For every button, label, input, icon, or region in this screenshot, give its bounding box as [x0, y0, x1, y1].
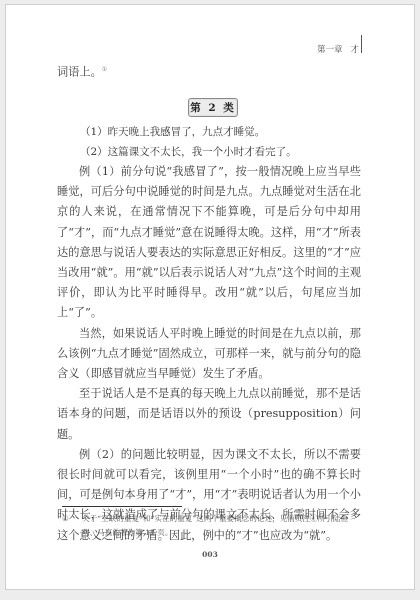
chapter-title: 才 [350, 43, 359, 55]
page-number: 003 [0, 550, 420, 559]
body-text: 例（1）前分句说“我感冒了”，按一般情况晚上应当早些睡觉，可后分句中说睡觉的时间… [57, 162, 361, 546]
paragraph-3: 至于说话人是不是真的每天晚上九点以前睡觉，那不是话语本身的问题，而是话语以外的预… [57, 384, 361, 445]
example-2: （2）这篇课文不太长，我一个小时才看完了。 [80, 144, 297, 159]
chapter-label: 第一章 [317, 43, 343, 55]
example-1: （1）昨天晚上我感冒了，九点才睡觉。 [80, 124, 265, 139]
intro-line: 词语上。① [57, 60, 361, 83]
footnote: ① 关于“空缺的重复”和“实在的重复”这两个重要概念的论述，见前页注①所引陆俭明… [62, 512, 362, 540]
intro-text: 词语上。 [57, 66, 102, 79]
footnote-divider [62, 506, 182, 507]
footnote-mark: ① [62, 512, 69, 526]
paragraph-1: 例（1）前分句说“我感冒了”，按一般情况晚上应当早些睡觉，可后分句中说睡觉的时间… [57, 162, 361, 324]
section-heading: 第 2 类 [188, 98, 238, 117]
header-divider [361, 35, 362, 53]
running-header: 第一章 才 [317, 43, 359, 55]
paragraph-2: 当然，如果说话人平时晚上睡觉的时间是在九点以前，那么该例“九点才睡觉”固然成立，… [57, 324, 361, 385]
footnote-text: 关于“空缺的重复”和“实在的重复”这两个重要概念的论述，见前页注①所引陆俭明、马… [82, 512, 362, 540]
footnote-ref[interactable]: ① [102, 66, 107, 73]
